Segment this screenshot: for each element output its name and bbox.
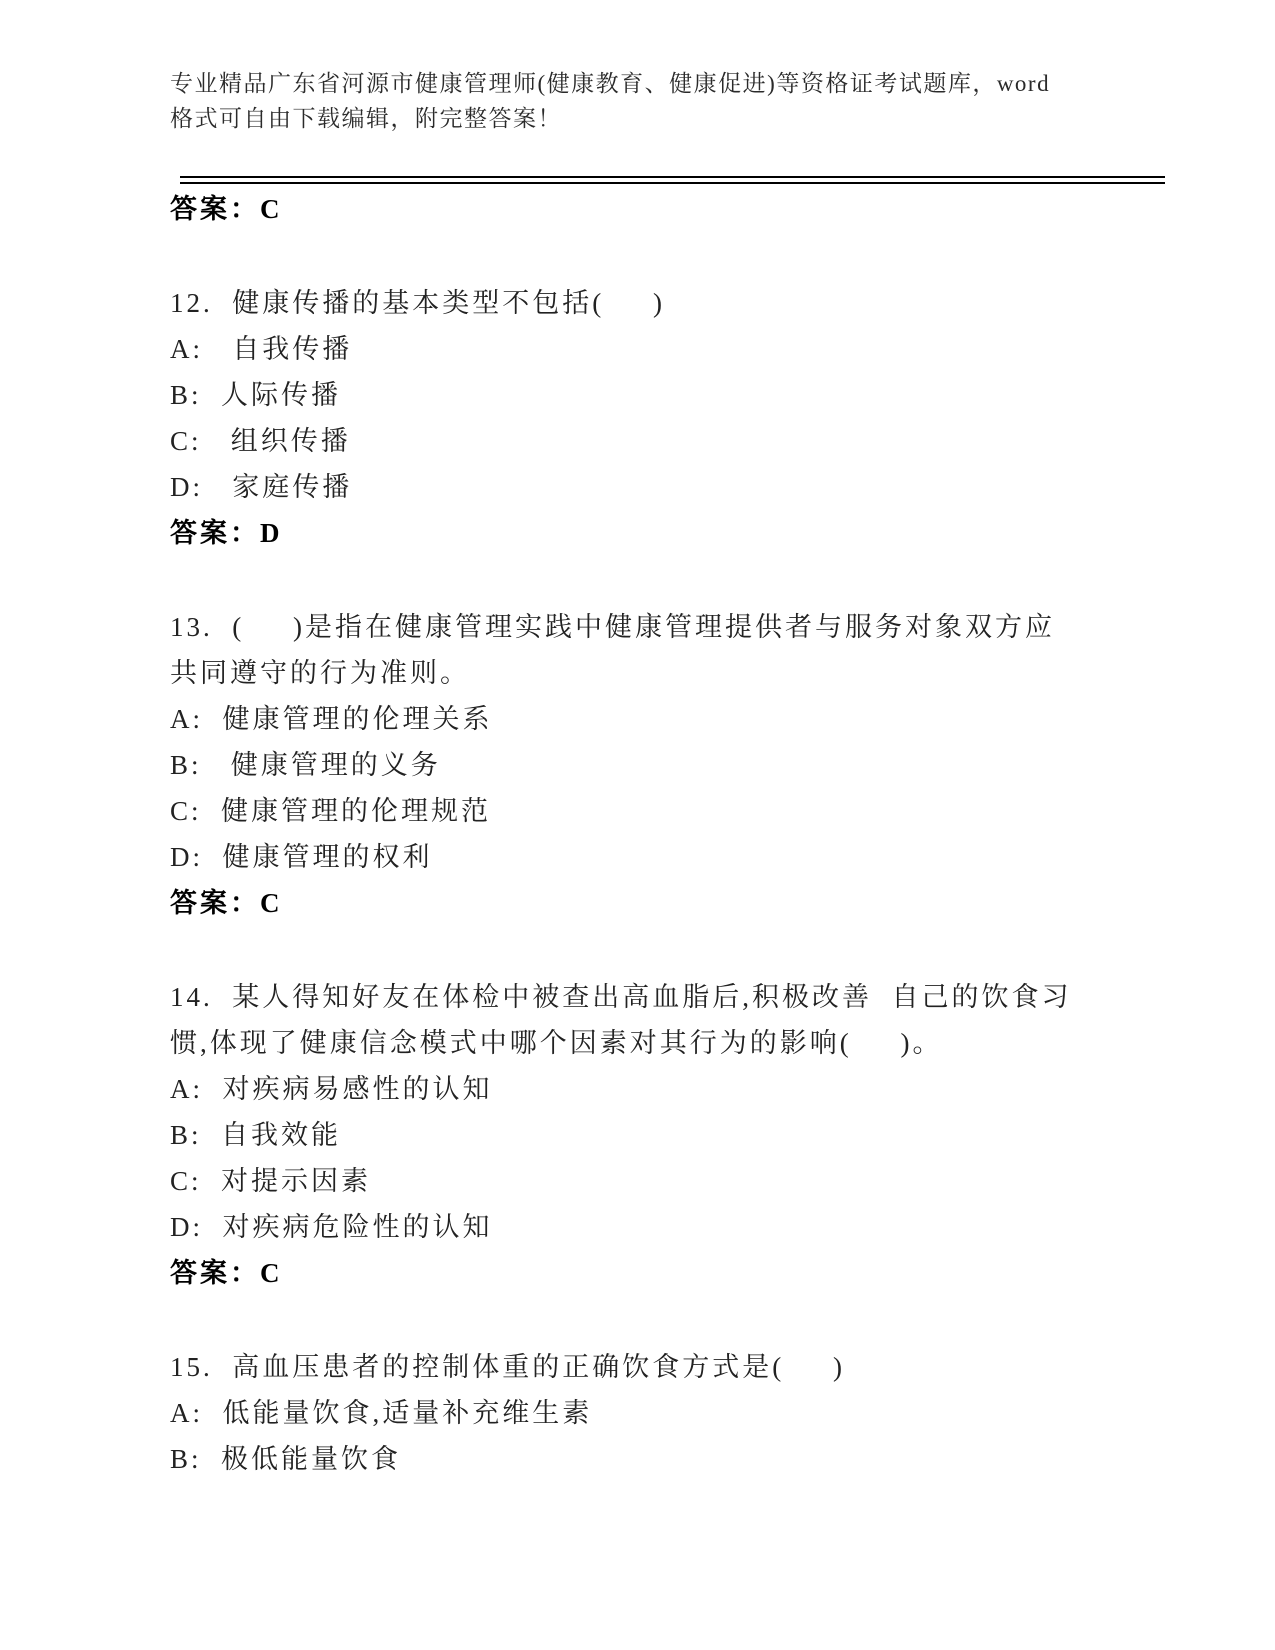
option-d: D: 健康管理的权利: [170, 834, 1210, 880]
option-b: B: 自我效能: [170, 1112, 1210, 1158]
option-a: A: 低能量饮食,适量补充维生素: [170, 1390, 1210, 1436]
option-b: B: 极低能量饮食: [170, 1436, 1210, 1482]
question-text: 14. 某人得知好友在体检中被查出高血脂后,积极改善 自己的饮食习 惯,体现了健…: [170, 974, 1210, 1066]
option-c: C: 健康管理的伦理规范: [170, 788, 1210, 834]
exam-document-page: 专业精品广东省河源市健康管理师(健康教育、健康促进)等资格证考试题库，word …: [0, 0, 1275, 1650]
answer-line: 答案：C: [170, 1250, 1210, 1296]
answer-line: 答案：D: [170, 510, 1210, 556]
header-divider: [180, 176, 1165, 184]
document-header: 专业精品广东省河源市健康管理师(健康教育、健康促进)等资格证考试题库，word …: [170, 66, 1180, 136]
option-a: A: 自我传播: [170, 326, 1210, 372]
question-text: 13. ( )是指在健康管理实践中健康管理提供者与服务对象双方应 共同遵守的行为…: [170, 604, 1210, 696]
answer-line: 答案：C: [170, 880, 1210, 926]
question-block-12: 12. 健康传播的基本类型不包括( ) A: 自我传播 B: 人际传播 C: 组…: [170, 280, 1210, 556]
question-block-14: 14. 某人得知好友在体检中被查出高血脂后,积极改善 自己的饮食习 惯,体现了健…: [170, 974, 1210, 1296]
question-block-15: 15. 高血压患者的控制体重的正确饮食方式是( ) A: 低能量饮食,适量补充维…: [170, 1344, 1210, 1482]
question-text: 15. 高血压患者的控制体重的正确饮食方式是( ): [170, 1344, 1210, 1390]
option-d: D: 家庭传播: [170, 464, 1210, 510]
answer-line-q11: 答案：C: [170, 186, 1210, 232]
option-b: B: 人际传播: [170, 372, 1210, 418]
document-body: 答案：C 12. 健康传播的基本类型不包括( ) A: 自我传播 B: 人际传播…: [170, 186, 1210, 1482]
option-c: C: 对提示因素: [170, 1158, 1210, 1204]
option-d: D: 对疾病危险性的认知: [170, 1204, 1210, 1250]
question-text: 12. 健康传播的基本类型不包括( ): [170, 280, 1210, 326]
option-a: A: 对疾病易感性的认知: [170, 1066, 1210, 1112]
option-a: A: 健康管理的伦理关系: [170, 696, 1210, 742]
option-c: C: 组织传播: [170, 418, 1210, 464]
question-block-13: 13. ( )是指在健康管理实践中健康管理提供者与服务对象双方应 共同遵守的行为…: [170, 604, 1210, 926]
option-b: B: 健康管理的义务: [170, 742, 1210, 788]
